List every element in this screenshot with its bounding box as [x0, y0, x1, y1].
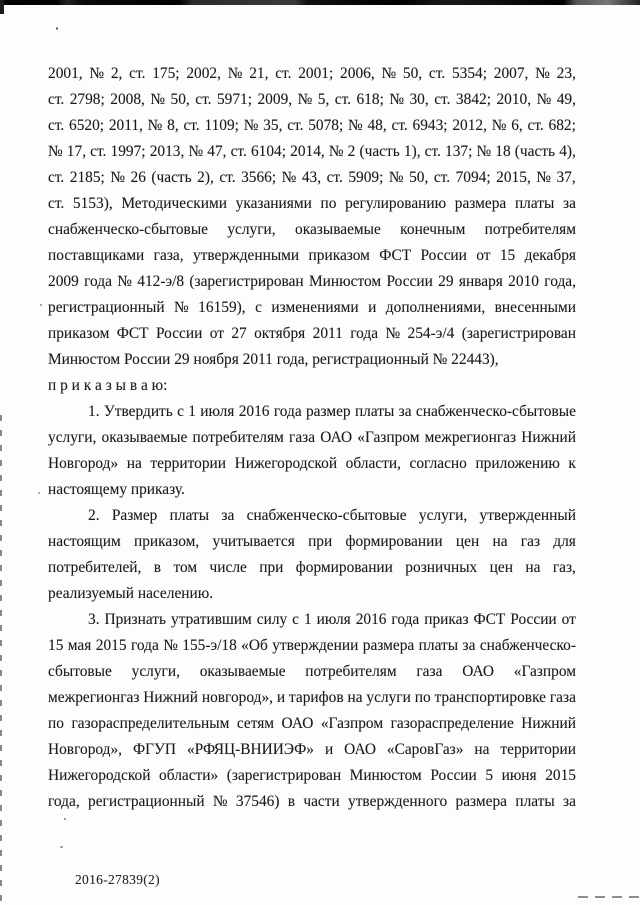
word: Нижегородской [235, 451, 337, 477]
text-line: 3.Признатьутратившимсилус1июля2016годапр… [48, 607, 576, 633]
word: 8, [167, 113, 179, 139]
word: ст. [129, 61, 145, 87]
word: с [177, 399, 184, 425]
word: 5078; [308, 113, 343, 139]
word: числе [210, 555, 247, 581]
word: за [399, 399, 412, 425]
word: 2009 [48, 269, 79, 295]
word: оказываемые [200, 659, 286, 685]
word: ст. [195, 87, 211, 113]
word: № [117, 269, 132, 295]
word: согласно [410, 451, 467, 477]
word: № [48, 139, 63, 165]
word: формировании [346, 529, 443, 555]
word: июля [200, 399, 234, 425]
word: № [389, 165, 404, 191]
scan-speck [40, 304, 42, 306]
word: ОАО [344, 737, 376, 763]
word: ОАО [282, 711, 314, 737]
word: 175; [152, 61, 179, 87]
word: № [492, 113, 507, 139]
word: сбытовые [48, 659, 112, 685]
word: в [288, 789, 295, 815]
word: газа [289, 425, 315, 451]
word: 2014, [290, 139, 325, 165]
word: приказом [48, 321, 109, 347]
word: на [492, 529, 507, 555]
word: настоящим [48, 529, 121, 555]
word: (зарегистрирован [189, 269, 303, 295]
word: года [84, 269, 112, 295]
text-line: снабженческо-сбытовыеуслуги,оказываемыек… [48, 217, 576, 243]
word: ст. [429, 61, 445, 87]
word: за [221, 503, 234, 529]
scan-corner-artifact [0, 0, 4, 14]
word: платы [355, 399, 394, 425]
word: ст. [327, 165, 343, 191]
word: ст. [528, 113, 544, 139]
word: № [89, 61, 104, 87]
word: приказ [424, 607, 468, 633]
word: 2. [88, 503, 100, 529]
word: 2015, [496, 165, 531, 191]
word: года, [48, 789, 80, 815]
word: 29 [438, 269, 453, 295]
word: 1. [88, 399, 100, 425]
word: ст. [48, 87, 64, 113]
word: ФСТ [474, 607, 506, 633]
word: 2010, [496, 87, 531, 113]
word: 49, [557, 87, 576, 113]
text-line: №17,ст.1997;2013,№47,ст.6104;2014,№2(час… [48, 139, 576, 165]
word: газа [416, 659, 442, 685]
word: № [148, 113, 163, 139]
word: 4), [559, 139, 576, 165]
word: (часть [515, 139, 555, 165]
word: 6, [511, 113, 523, 139]
word: № [348, 113, 363, 139]
word: по [48, 711, 64, 737]
word: части [303, 789, 339, 815]
word: ст. [90, 139, 106, 165]
word: приложению [475, 451, 559, 477]
word: ст. [434, 165, 450, 191]
word: года [274, 399, 302, 425]
word: газа [550, 685, 576, 711]
word: 155-э/18 [182, 633, 236, 659]
word: 5 [485, 763, 493, 789]
word: 37, [556, 165, 575, 191]
word: года [350, 321, 378, 347]
word: потребителям [485, 217, 576, 243]
word: июня [502, 763, 537, 789]
word: 47, [207, 139, 226, 165]
word: № [535, 61, 550, 87]
word: 5909; [348, 165, 383, 191]
word: размера [455, 191, 507, 217]
word: Минюстом [350, 763, 422, 789]
word: конечным [400, 217, 465, 243]
word: на [474, 737, 489, 763]
text-line: ст.2798;2008,№50,ст.5971;2009,№5,ст.618;… [48, 87, 576, 113]
word: к [568, 451, 575, 477]
text-line: п р и к а з ы в а ю: [48, 373, 576, 399]
word: 3566; [241, 165, 276, 191]
word: 1997; [111, 139, 146, 165]
word: утвержденного [348, 789, 447, 815]
word: года [391, 607, 419, 633]
word: ст. [434, 87, 450, 113]
text-line: 2009года№412-э/8(зарегистрированМинюстом… [48, 269, 576, 295]
word: межрегионгаз [48, 685, 139, 711]
word: 43, [302, 165, 321, 191]
word: оказываемые [295, 217, 381, 243]
word: ФСТ [379, 243, 411, 269]
text-line: погазораспределительнымсетямОАО«Газпромг… [48, 711, 576, 737]
word: газ [521, 529, 540, 555]
scan-speck [60, 846, 63, 848]
word: внесенными [495, 295, 576, 321]
text-line: ст.5153),Методическимиуказаниямипорегули… [48, 191, 576, 217]
word: 5354; [452, 61, 487, 87]
word: потребителей, [48, 555, 141, 581]
word: платы [419, 633, 458, 659]
text-line: ст.2185;№26(часть2),ст.3566;№43,ст.5909;… [48, 165, 576, 191]
word: том [173, 555, 197, 581]
word: при [308, 529, 332, 555]
word: для [553, 529, 576, 555]
word: 16159), [198, 295, 245, 321]
word: на [347, 685, 362, 711]
word: от [562, 607, 576, 633]
word: утвержденный [480, 503, 576, 529]
word: 7094; [456, 165, 491, 191]
word: 682; [549, 113, 576, 139]
word: при [259, 555, 283, 581]
word: № [537, 87, 552, 113]
text-line: регистрационный№16159),сизменениямиидопо… [48, 295, 576, 321]
text-line: реализуемый населению. [48, 581, 576, 607]
word: и [325, 737, 333, 763]
word: России [156, 321, 202, 347]
word: регистрационный [48, 295, 165, 321]
word: 2008, [110, 87, 145, 113]
text-line: ст.6520;2011,№8,ст.1109;№35,ст.5078;№48,… [48, 113, 576, 139]
text-line: поставщикамигаза,утвержденнымиприказомФС… [48, 243, 576, 269]
word: 50, [171, 87, 190, 113]
word: ст. [287, 113, 303, 139]
text-line: настоящимприказом,учитываетсяприформиров… [48, 529, 576, 555]
word: № [244, 113, 259, 139]
word: платы [515, 191, 554, 217]
text-line: 15мая2015года№155-э/18«Обутвержденииразм… [48, 633, 576, 659]
word: 2015 [96, 633, 127, 659]
word: (часть [359, 139, 399, 165]
word: «Газпром [514, 659, 576, 685]
word: № [228, 61, 243, 87]
word: снабженческо- [480, 633, 576, 659]
scanned-document-page: 2001,№2,ст.175;2002,№21,ст.2001;2006,№50… [0, 0, 640, 905]
word: Минюстом [309, 269, 381, 295]
word: № [385, 321, 400, 347]
word: за [463, 633, 476, 659]
word: размера [456, 789, 508, 815]
word: 50, [403, 61, 422, 87]
text-line: настоящему приказу. [48, 477, 576, 503]
word: 5971; [217, 87, 252, 113]
word: России [421, 243, 467, 269]
word: Признать [105, 607, 167, 633]
word: 1109; [204, 113, 239, 139]
word: с [255, 295, 262, 321]
word: от [210, 321, 224, 347]
word: по [321, 191, 337, 217]
scan-bottom-edge-artifact [578, 896, 640, 898]
word: 618; [356, 87, 383, 113]
word: снабженческо-сбытовые [247, 503, 407, 529]
word: Утвердить [104, 399, 173, 425]
word: 23, [557, 61, 576, 87]
word: 2185; [70, 165, 105, 191]
word: «Об [241, 633, 268, 659]
word: по [415, 685, 431, 711]
word: транспортировке [435, 685, 546, 711]
word: 2016 [239, 399, 270, 425]
word: платы [170, 503, 209, 529]
word: Нижегородской [48, 763, 150, 789]
word: ОАО [320, 425, 352, 451]
word: 3842; [456, 87, 491, 113]
word: оказываемые [102, 425, 188, 451]
word: 6520; [69, 113, 104, 139]
word: 2001, [48, 61, 83, 87]
word: межрегионгаз [425, 425, 516, 451]
word: № [298, 87, 313, 113]
word: 412-э/8 [137, 269, 184, 295]
word: 2, [111, 61, 123, 87]
word: размер [306, 399, 351, 425]
word: «РФЯЦ-ВНИИЭФ» [187, 737, 314, 763]
word: Нижний [521, 711, 576, 737]
word: Новгород», [48, 737, 122, 763]
word: 254-э/4 [408, 321, 455, 347]
word: 2002, [186, 61, 221, 87]
word: платы [515, 789, 554, 815]
word: 1 [188, 399, 196, 425]
word: 2), [197, 165, 214, 191]
word: области, [346, 451, 401, 477]
document-footer-code: 2016-27839(2) [75, 872, 160, 888]
word: 2 [348, 139, 356, 165]
word: учитывается [213, 529, 295, 555]
word: потребителям [305, 659, 396, 685]
word: 137; [445, 139, 472, 165]
word: 2012, [452, 113, 487, 139]
text-line: приказомФСТРоссииот27октября2011года№254… [48, 321, 576, 347]
word: 18 [495, 139, 510, 165]
word: газораспределительным [71, 711, 229, 737]
word: 26 [131, 165, 146, 191]
text-line: Нижегородскойобласти»(зарегистрированМин… [48, 763, 576, 789]
word: января [459, 269, 503, 295]
scan-speck [38, 492, 40, 494]
word: года, [544, 269, 576, 295]
word: газораспределение [391, 711, 514, 737]
text-line: 2001,№2,ст.175;2002,№21,ст.2001;2006,№50… [48, 61, 576, 87]
word: № [213, 789, 228, 815]
word: снабженческо-сбытовые [416, 399, 576, 425]
word: на [127, 451, 142, 477]
word: тарифов [289, 685, 344, 711]
word: № [329, 139, 344, 165]
word: (часть [151, 165, 191, 191]
word: (зарегистрирован [462, 321, 576, 347]
word: ФСТ [117, 321, 149, 347]
word: 27 [231, 321, 246, 347]
word: 6943; [413, 113, 448, 139]
word: 48, [367, 113, 386, 139]
word: поставщиками [48, 243, 144, 269]
word: № [389, 87, 404, 113]
word: 1), [404, 139, 421, 165]
word: ст. [48, 165, 64, 191]
word: «Газпром [357, 425, 419, 451]
word: России [510, 607, 556, 633]
word: от [476, 243, 490, 269]
word: ст. [335, 87, 351, 113]
word: 2013, [150, 139, 185, 165]
word: 2007, [494, 61, 529, 87]
text-line: Новгород»,ФГУП«РФЯЦ-ВНИИЭФ»иОАО«СаровГаз… [48, 737, 576, 763]
word: 2798; [70, 87, 105, 113]
word: № [150, 87, 165, 113]
word: ст. [219, 165, 235, 191]
word: июля [317, 607, 351, 633]
word: ст. [48, 113, 64, 139]
word: ст. [183, 113, 199, 139]
word: 50, [409, 165, 428, 191]
word: силу [257, 607, 287, 633]
word: и [277, 685, 285, 711]
word: 17, [67, 139, 86, 165]
text-line: Минюстом России 29 ноября 2011 года, рег… [48, 347, 576, 373]
document-body: 2001,№2,ст.175;2002,№21,ст.2001;2006,№50… [48, 61, 576, 815]
word: № [282, 165, 297, 191]
scan-speck [64, 818, 66, 820]
word: России [386, 269, 432, 295]
word: ст. [425, 139, 441, 165]
word: за [563, 789, 576, 815]
word: 1 [304, 607, 312, 633]
word: Размер [112, 503, 158, 529]
word: на [525, 555, 540, 581]
word: 2015 [545, 763, 576, 789]
word: ст. [275, 61, 291, 87]
word: снабженческо-сбытовые [48, 217, 208, 243]
word: Методическими [121, 191, 227, 217]
text-line: Новгород»натерриторииНижегородскойобласт… [48, 451, 576, 477]
word: 2016 [356, 607, 387, 633]
word: ст. [392, 113, 408, 139]
word: 35, [263, 113, 282, 139]
word: 21, [249, 61, 268, 87]
word: формировании [296, 555, 393, 581]
word: 15 [48, 633, 63, 659]
word: 2006, [340, 61, 375, 87]
word: года [131, 633, 159, 659]
text-line: потребителей,втомчислеприформированиироз… [48, 555, 576, 581]
word: № [381, 61, 396, 87]
word: регистрационный [88, 789, 205, 815]
word: дополнениями, [386, 295, 485, 321]
word: приказом, [134, 529, 199, 555]
text-line: сбытовыеуслуги,оказываемыепотребителямга… [48, 659, 576, 685]
word: № [188, 139, 203, 165]
word: ст. [48, 191, 64, 217]
text-line: услуги,оказываемыепотребителямгазаОАО«Га… [48, 425, 576, 451]
scan-left-edge-artifact [0, 415, 2, 905]
text-line: 2.Размерплатызаснабженческо-сбытовыеуслу… [48, 503, 576, 529]
word: декабря [525, 243, 576, 269]
word: № [163, 633, 178, 659]
word: Нижний [521, 425, 576, 451]
word: 30, [409, 87, 428, 113]
word: октября [254, 321, 305, 347]
word: газа, [154, 243, 184, 269]
word: размера [363, 633, 415, 659]
word: 2011 [313, 321, 343, 347]
word: № [477, 139, 492, 165]
word: мая [68, 633, 92, 659]
word: приказом [309, 243, 370, 269]
word: 5153), [73, 191, 113, 217]
word: услуги, [132, 659, 180, 685]
word: области» [159, 763, 218, 789]
word: 2001; [298, 61, 333, 87]
word: Нижний [143, 685, 198, 711]
word: ОАО [462, 659, 494, 685]
word: «СаровГаз» [387, 737, 464, 763]
word: цен [456, 529, 479, 555]
word: № [110, 165, 125, 191]
word: услуги, [227, 217, 275, 243]
word: услуги [366, 685, 410, 711]
word: и [368, 295, 376, 321]
word: 3. [88, 607, 100, 633]
word: 15 [500, 243, 515, 269]
word: № [536, 165, 551, 191]
word: регулированию [345, 191, 446, 217]
word: цен [490, 555, 513, 581]
word: 2009, [257, 87, 292, 113]
word: утвержденными [193, 243, 299, 269]
word: розничных [405, 555, 477, 581]
word: (зарегистрирован [227, 763, 341, 789]
word: 5, [318, 87, 330, 113]
word: указаниями [236, 191, 312, 217]
scan-top-edge-artifact [0, 0, 640, 5]
word: за [563, 191, 576, 217]
word: территории [500, 737, 576, 763]
word: 2010 [508, 269, 539, 295]
word: сетям [237, 711, 274, 737]
word: ФГУП [133, 737, 176, 763]
word: России [430, 763, 476, 789]
word: изменениями [271, 295, 358, 321]
word: в [154, 555, 161, 581]
text-line: 1.Утвердитьс1июля2016годаразмерплатызасн… [48, 399, 576, 425]
word: ст. [231, 139, 247, 165]
